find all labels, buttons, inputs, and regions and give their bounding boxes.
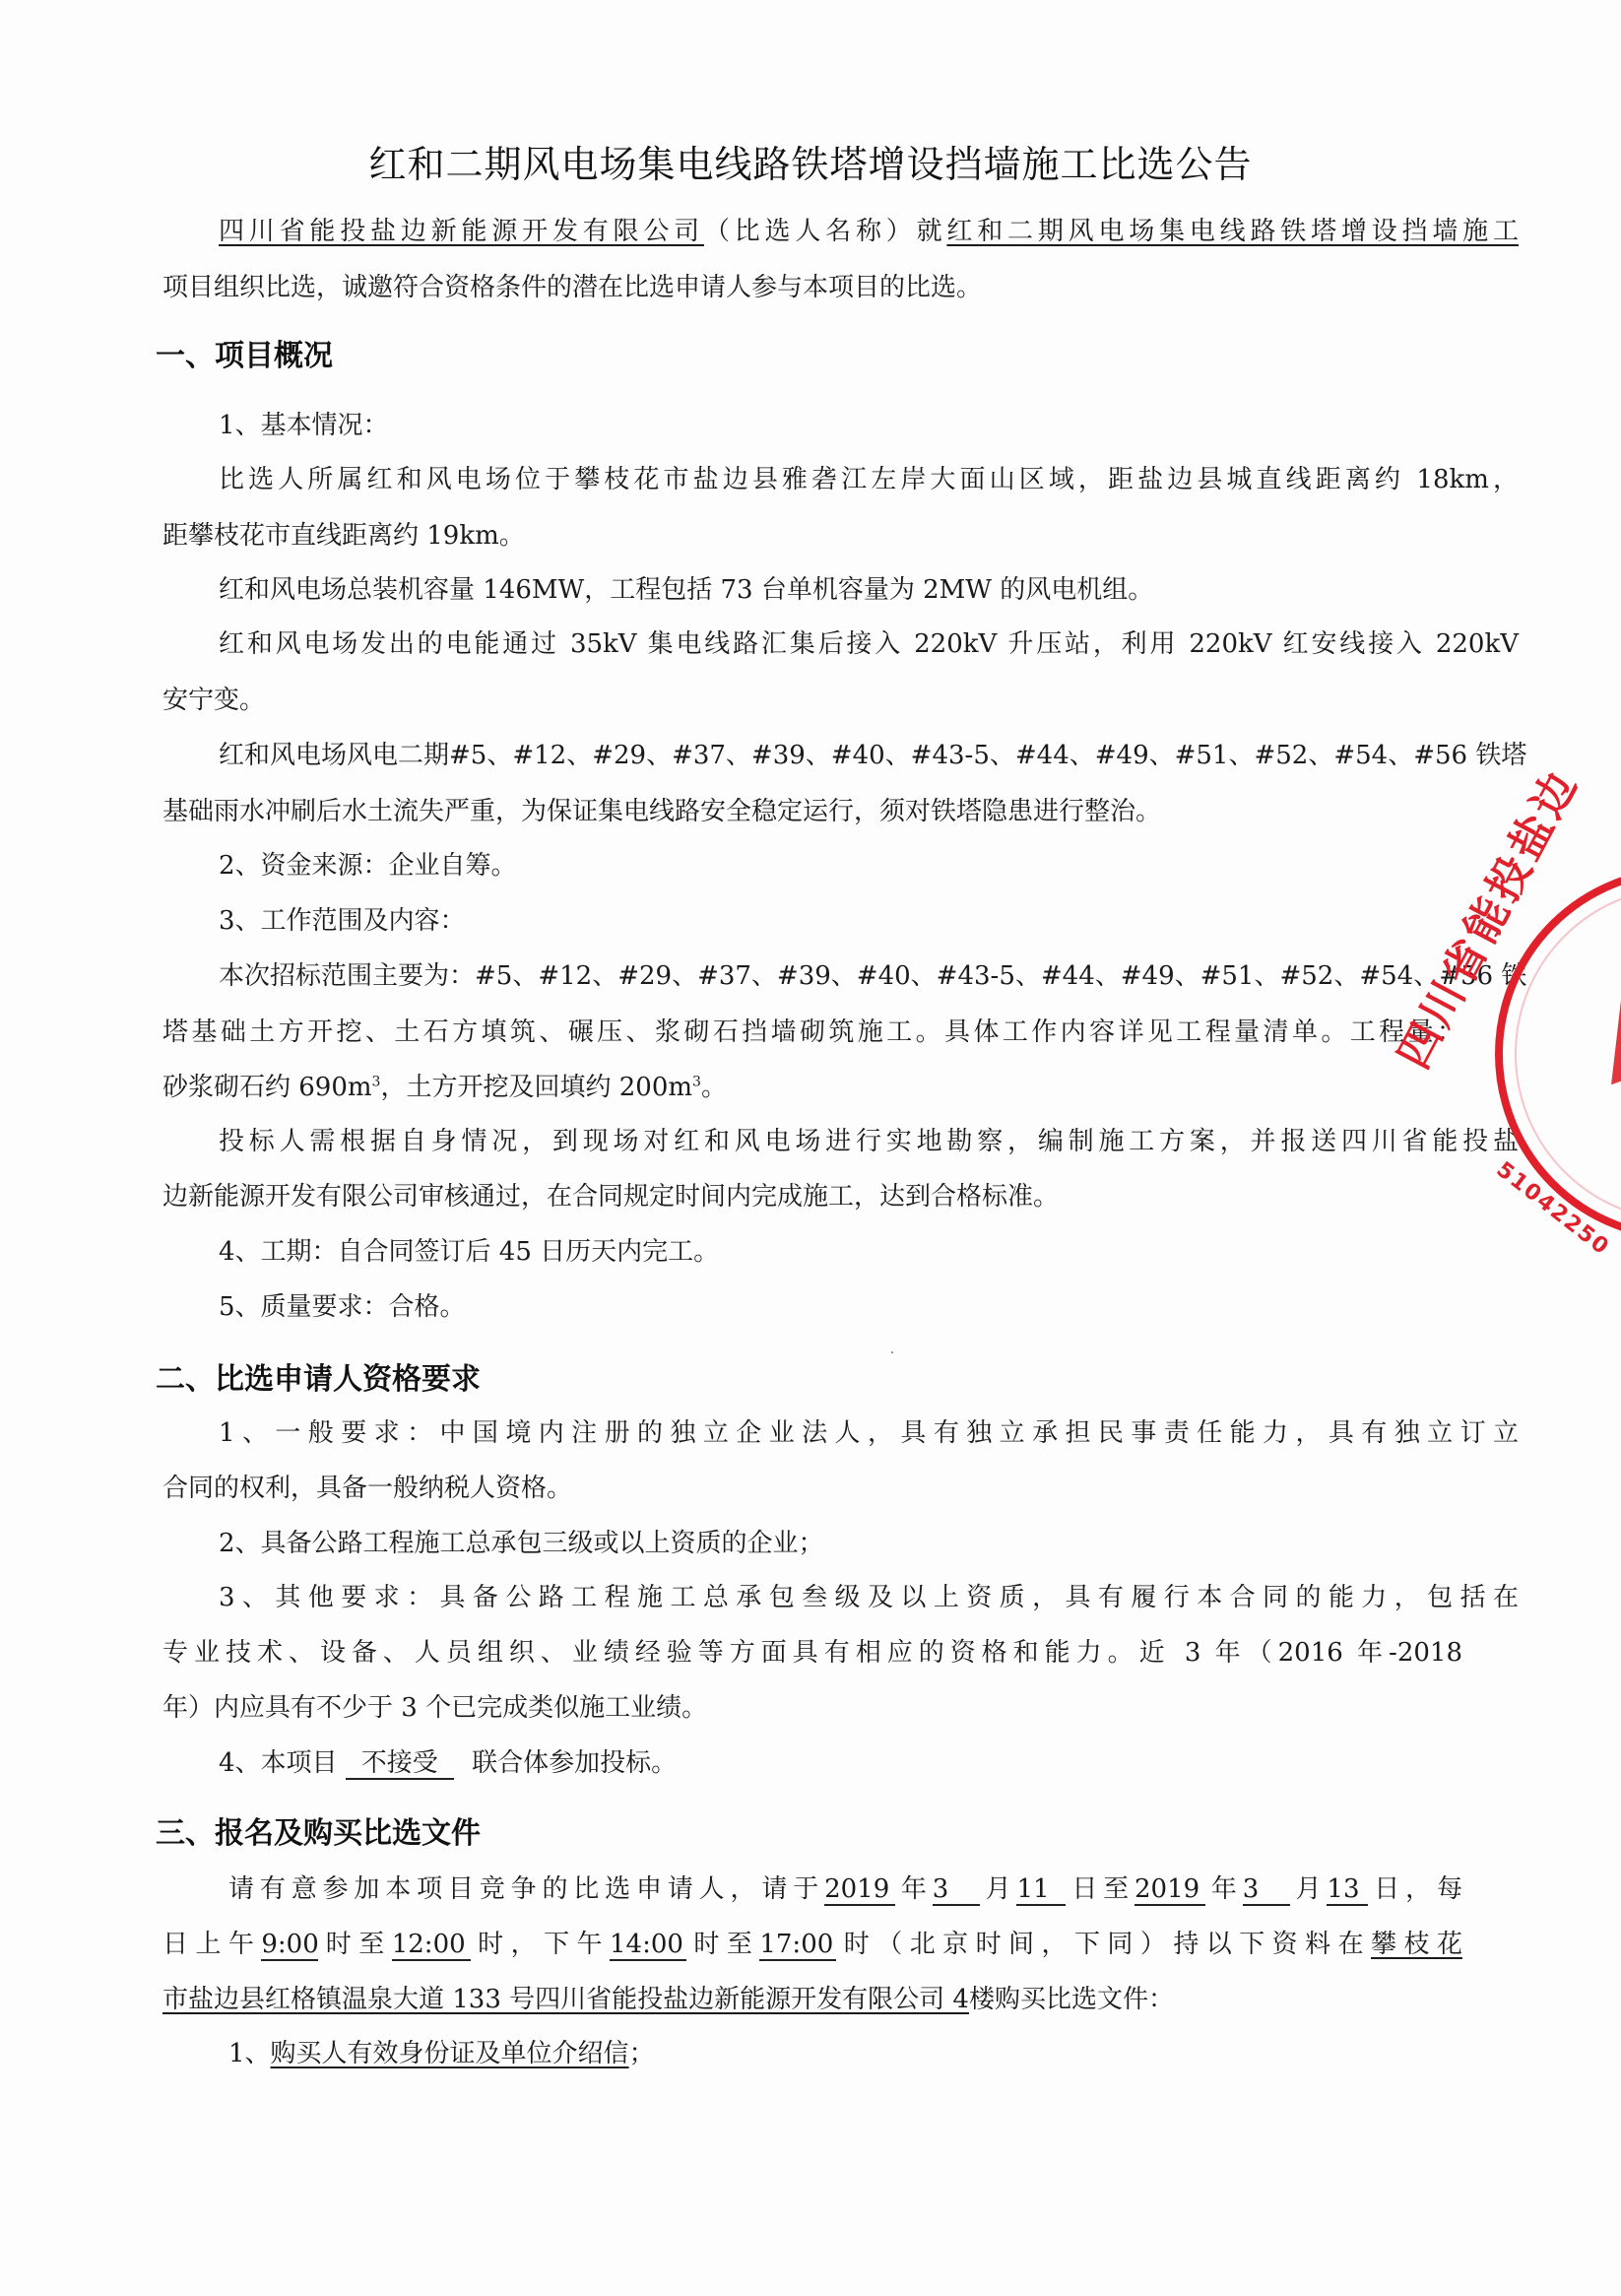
section-heading-registration: 三、报名及购买比选文件 [156,1808,481,1852]
paragraph-survey-2: 边新能源开发有限公司审核通过，在合同规定时间内完成施工，达到合格标准。 [162,1180,1462,1214]
paragraph-towers-1: 红和风电场风电二期#5、#12、#29、#37、#39、#40、#43-5、#4… [219,739,1519,772]
paragraph-towers-2: 基础雨水冲刷后水土流失严重，为保证集电线路安全稳定运行，须对铁塔隐患进行整治。 [162,795,1462,828]
paragraph-location-1: 比选人所属红和风电场位于攀枝花市盐边县雅砻江左岸大面山区域，距盐边县城直线距离约… [219,463,1519,496]
scan-speck [891,1351,893,1353]
requirement-3-line-3: 年）内应具有不少于 3 个已完成类似施工业绩。 [162,1691,1462,1725]
start-year-field: 2019 [824,1874,895,1906]
registration-line-2: 日上午9:00时至12:00时，下午14:00时至17:00时（北京时间，下同）… [162,1928,1462,1961]
end-month-field: 3 [1243,1874,1290,1906]
bidder-note: （比选人名称）就 [704,217,946,246]
requirement-1-line-1: 1、一般要求：中国境内注册的独立企业法人，具有独立承担民事责任能力，具有独立订立 [219,1416,1519,1450]
year-label: 年 [1205,1874,1243,1904]
registration-line-1: 请有意参加本项目竞争的比选申请人，请于2019年3月11日至2019年3月13日… [228,1872,1462,1906]
paragraph-survey-1: 投标人需根据自身情况，到现场对红和风电场进行实地勘察，编制施工方案，并报送四川省… [219,1125,1519,1158]
consortium-field: 不接受 [346,1748,454,1780]
paragraph-grid-2: 安宁变。 [162,684,1462,717]
cubic-superscript: 3 [692,1074,701,1089]
semicolon: ； [629,2039,655,2068]
am-start-field: 9:00 [261,1930,318,1961]
pm-start-field: 14:00 [610,1930,686,1961]
paragraph-grid-1: 红和风电场发出的电能通过 35kV 集电线路汇集后接入 220kV 升压站，利用… [219,627,1519,661]
list-number: 1、 [228,2039,271,2068]
paragraph-scope-3: 砂浆砌石约 690m3，土方开挖及回填约 200m3。 [162,1071,1462,1104]
requirement-3-line-1: 3、其他要求：具备公路工程施工总承包叁级及以上资质，具有履行本合同的能力，包括在 [219,1581,1519,1614]
required-document-1: 1、购买人有效身份证及单位介绍信； [228,2037,1528,2070]
item-funding: 2、资金来源：企业自筹。 [219,849,1519,883]
morning-label: 日上午 [162,1930,261,1959]
item-duration: 4、工期：自合同签订后 45 日历天内完工。 [219,1235,1519,1269]
day-to-label: 日至 [1066,1874,1135,1904]
intro-line-2: 项目组织比选，诚邀符合资格条件的潜在比选申请人参与本项目的比选。 [162,271,1462,304]
year-label: 年 [895,1874,933,1904]
day-end-label: 日，每 [1368,1874,1462,1904]
purchase-label: 楼购买比选文件： [969,1985,1174,2014]
earthwork-volume: ，土方开挖及回填约 200m [380,1073,692,1102]
item-scope-label: 3、工作范围及内容： [219,904,1519,938]
paragraph-scope-2: 塔基础土方开挖、土石方填筑、碾压、浆砌石挡墙砌筑施工。具体工作内容详见工程量清单… [162,1016,1462,1049]
paragraph-location-2: 距攀枝花市直线距离约 19km。 [162,519,1462,553]
address-part-2: 市盐边县红格镇温泉大道 133 号四川省能投盐边新能源开发有限公司 4 [162,1985,969,2014]
requirement-4: 4、本项目 不接受 联合体参加投标。 [219,1746,1519,1780]
requirement-4-prefix: 4、本项目 [219,1748,338,1778]
end-year-field: 2019 [1135,1874,1205,1906]
location-intro: 时（北京时间，下同）持以下资料在 [836,1930,1371,1959]
requirement-3-line-2: 专业技术、设备、人员组织、业绩经验等方面具有相应的资格和能力。近 3 年（201… [162,1636,1462,1670]
registration-intro: 请有意参加本项目竞争的比选申请人，请于 [228,1874,824,1904]
paragraph-scope-1: 本次招标范围主要为：#5、#12、#29、#37、#39、#40、#43-5、#… [219,959,1519,993]
project-name: 红和二期风电场集电线路铁塔增设挡墙施工 [946,217,1519,246]
requirement-2: 2、具备公路工程施工总承包三级或以上资质的企业； [219,1527,1519,1560]
document-title: 红和二期风电场集电线路铁塔增设挡墙施工比选公告 [0,134,1621,188]
month-label: 月 [1290,1874,1328,1904]
item-quality: 5、质量要求：合格。 [219,1290,1519,1324]
am-end-field: 12:00 [392,1930,471,1961]
registration-line-3: 市盐边县红格镇温泉大道 133 号四川省能投盐边新能源开发有限公司 4楼购买比选… [162,1983,1462,2016]
to-label: 时至 [318,1930,391,1959]
start-month-field: 3 [933,1874,980,1906]
section-heading-qualifications: 二、比选申请人资格要求 [156,1354,481,1398]
section-heading-overview: 一、项目概况 [156,331,333,374]
requirement-1-line-2: 合同的权利，具备一般纳税人资格。 [162,1472,1462,1505]
address-part-1: 攀枝花 [1371,1930,1462,1959]
period: 。 [701,1073,727,1102]
start-day-field: 11 [1016,1874,1066,1906]
document-page: 红和二期风电场集电线路铁塔增设挡墙施工比选公告 四川省能投盐边新能源开发有限公司… [0,0,1621,2296]
requirement-4-suffix: 联合体参加投标。 [472,1748,677,1778]
item-basic-info-label: 1、基本情况： [219,409,1519,442]
to-label: 时至 [686,1930,759,1959]
afternoon-label: 时，下午 [471,1930,610,1959]
id-and-letter-requirement: 购买人有效身份证及单位介绍信 [271,2039,629,2068]
paragraph-capacity: 红和风电场总装机容量 146MW，工程包括 73 台单机容量为 2MW 的风电机… [219,573,1519,607]
masonry-volume: 砂浆砌石约 690m [162,1073,372,1102]
intro-line-1: 四川省能投盐边新能源开发有限公司（比选人名称）就红和二期风电场集电线路铁塔增设挡… [219,215,1519,248]
bidder-company-name: 四川省能投盐边新能源开发有限公司 [219,217,704,246]
month-label: 月 [980,1874,1017,1904]
pm-end-field: 17:00 [759,1930,836,1961]
end-day-field: 13 [1327,1874,1368,1906]
